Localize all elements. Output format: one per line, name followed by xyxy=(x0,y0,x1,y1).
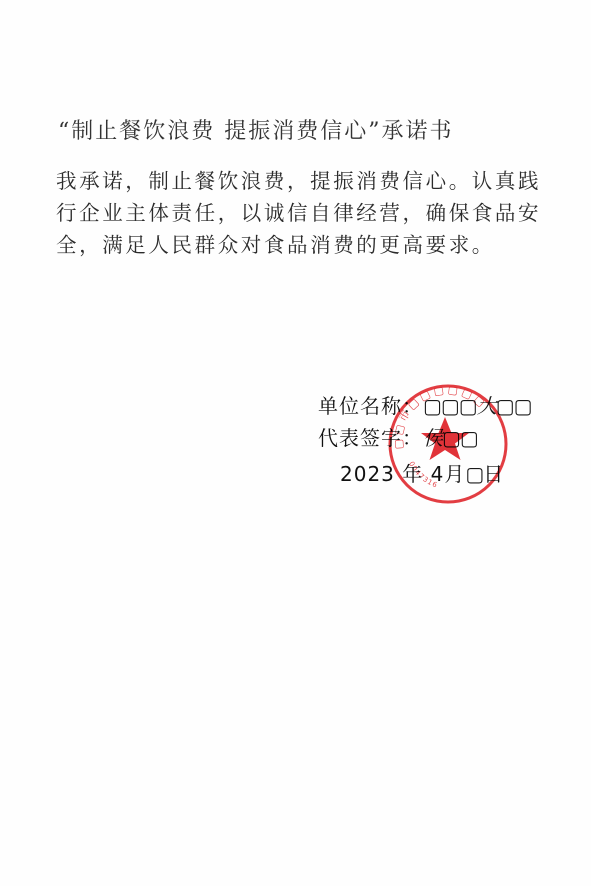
date-day-handwritten: ▢ xyxy=(465,462,483,486)
body-line-2: 行企业主体责任，以诚信自律经营，确保食品安 xyxy=(56,197,536,229)
unit-name-handwritten: ▢▢▢大▢▢ xyxy=(423,394,531,418)
body-line-1: 我承诺，制止餐饮浪费，提振消费信心。认真践 xyxy=(56,165,536,197)
date-day-unit: 日 xyxy=(483,462,504,486)
date-row: 2023 年 4月▢日 xyxy=(340,458,504,487)
document-page: “制止餐饮浪费 提振消费信心”承诺书 我承诺，制止餐饮浪费，提振消费信心。认真践… xyxy=(0,0,591,886)
representative-label: 代表签字： xyxy=(318,426,423,450)
date-month-unit: 月 xyxy=(444,462,465,486)
unit-name-label: 单位名称： xyxy=(318,394,423,418)
date-month: 4 xyxy=(431,462,445,486)
unit-name-row: 单位名称：▢▢▢大▢▢ xyxy=(318,390,531,419)
commitment-body: 我承诺，制止餐饮浪费，提振消费信心。认真践 行企业主体责任，以诚信自律经营，确保… xyxy=(56,165,536,261)
representative-signature: 侯▢▢ xyxy=(423,426,478,450)
date-year: 2023 xyxy=(340,462,395,486)
body-line-3: 全，满足人民群众对食品消费的更高要求。 xyxy=(56,229,536,261)
representative-row: 代表签字：侯▢▢ xyxy=(318,422,478,451)
date-year-unit: 年 xyxy=(402,462,423,486)
document-title: “制止餐饮浪费 提振消费信心”承诺书 xyxy=(58,114,454,145)
